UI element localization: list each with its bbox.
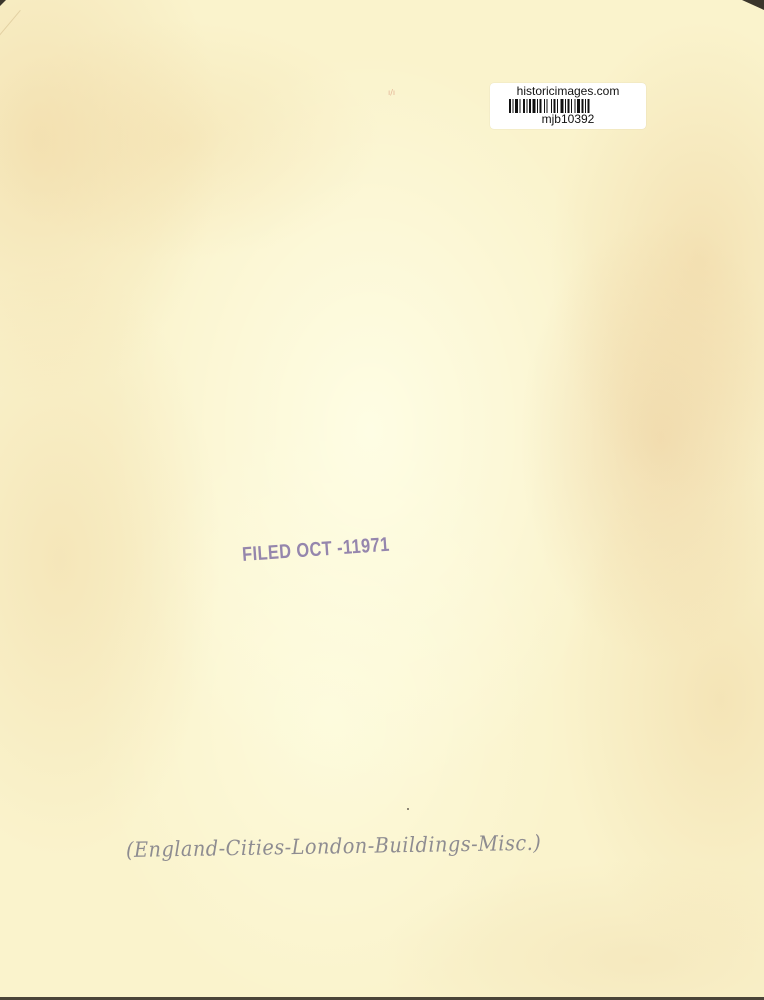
- torn-corner-top-left: [0, 0, 6, 6]
- photo-back-page: ı/ı historicimages.com mjb10392 FILED OC…: [0, 0, 764, 1000]
- label-site-name: historicimages.com: [490, 83, 646, 98]
- faint-ink-mark: ı/ı: [388, 88, 395, 97]
- dust-speck: [407, 808, 409, 810]
- barcode-label: historicimages.com mjb10392: [490, 83, 646, 129]
- label-id: mjb10392: [490, 113, 646, 126]
- barcode-icon: [509, 99, 627, 113]
- torn-corner-top-right: [742, 0, 764, 10]
